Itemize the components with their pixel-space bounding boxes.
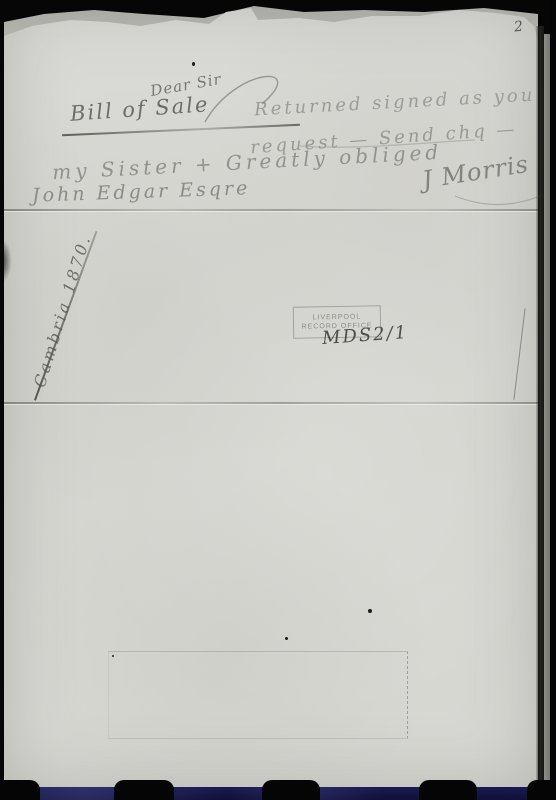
sprocket-tab	[0, 780, 40, 800]
ink-speck	[285, 637, 288, 640]
sprocket-tab	[114, 780, 174, 800]
edge-smudge	[0, 238, 12, 284]
sprocket-tab	[419, 780, 477, 800]
ink-speck	[368, 609, 372, 613]
fold-crease-middle	[4, 402, 538, 404]
stamp-line1: LIVERPOOL	[313, 314, 362, 322]
page-edge-shadow	[536, 26, 544, 787]
sprocket-tab	[262, 780, 320, 800]
right-gutter	[550, 0, 556, 800]
ink-speck	[192, 62, 195, 66]
fold-crease-upper	[4, 209, 538, 211]
reverse-side-showthrough-box	[108, 651, 408, 739]
sprocket-tab	[527, 780, 556, 800]
ink-speck	[112, 655, 114, 657]
scanned-document-page: Dear Sir Bill of Sale Returned signed as…	[0, 0, 556, 800]
page-number: 2	[513, 19, 524, 36]
